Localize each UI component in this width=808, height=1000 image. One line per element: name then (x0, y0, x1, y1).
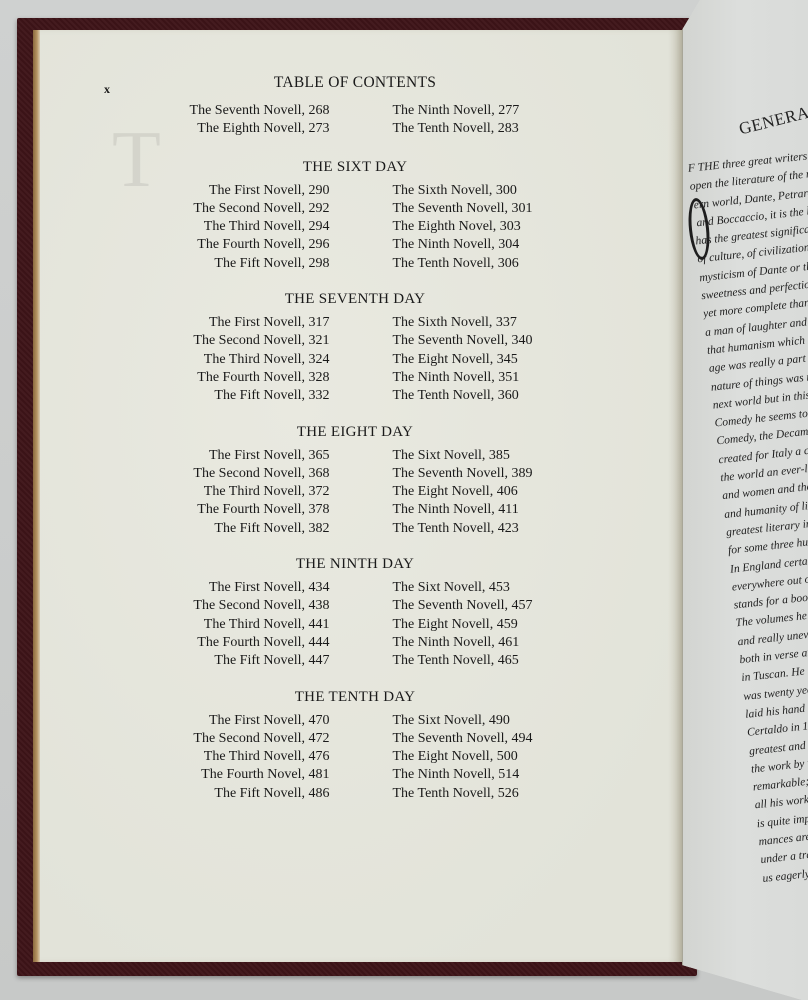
day-section-seventh: THE SEVENTH DAY The First Novell, 317 Th… (40, 291, 682, 405)
toc-entry[interactable]: The Second Novell, 472 (87, 730, 330, 748)
toc-entry[interactable]: The Ninth Novell, 351 (393, 369, 636, 387)
day-heading: THE TENTH DAY (28, 689, 682, 709)
toc-entry[interactable]: The Tenth Novell, 423 (393, 520, 636, 538)
toc-entry[interactable]: The Sixt Novell, 453 (393, 579, 636, 597)
left-page: T x TABLE OF CONTENTS The Seventh Novell… (40, 30, 682, 962)
toc-entry[interactable]: The Tenth Novell, 526 (393, 785, 636, 803)
toc-entry[interactable]: The Tenth Novell, 283 (393, 120, 636, 138)
toc-entry[interactable]: The Sixth Novell, 300 (393, 182, 636, 200)
toc-entry[interactable]: The Fift Novell, 382 (87, 520, 330, 538)
left-column: The First Novell, 365 The Second Novell,… (87, 447, 393, 538)
toc-entry[interactable]: The Third Novell, 372 (87, 483, 330, 501)
toc-entry[interactable]: The Seventh Novell, 389 (393, 465, 636, 483)
toc-entry[interactable]: The First Novell, 470 (87, 712, 330, 730)
left-column: The First Novell, 434 The Second Novell,… (87, 579, 393, 670)
toc-entry[interactable]: The Third Novell, 324 (87, 351, 330, 369)
toc-entry[interactable]: The Second Novell, 321 (87, 332, 330, 350)
right-column: The Sixth Novell, 337 The Seventh Novell… (393, 314, 636, 405)
toc-entry[interactable]: The Eight Novell, 459 (393, 616, 636, 634)
continued-entries: The Seventh Novell, 268 The Eighth Novel… (40, 102, 682, 139)
toc-entry[interactable]: The Ninth Novell, 411 (393, 501, 636, 519)
toc-entry[interactable]: The Eight Novell, 406 (393, 483, 636, 501)
toc-entry[interactable]: The Ninth Novell, 514 (393, 766, 636, 784)
toc-entry[interactable]: The Eight Novell, 345 (393, 351, 636, 369)
day-section-sixth: THE SIXT DAY The First Novell, 290 The S… (40, 159, 682, 273)
table-of-contents: TABLE OF CONTENTS The Seventh Novell, 26… (40, 74, 682, 803)
page-title: TABLE OF CONTENTS (28, 74, 682, 96)
toc-entry[interactable]: The Second Novell, 438 (87, 597, 330, 615)
left-column: The First Novell, 317 The Second Novell,… (87, 314, 393, 405)
day-heading: THE SEVENTH DAY (28, 291, 682, 311)
left-column: The First Novell, 470 The Second Novell,… (87, 712, 393, 803)
entries: The First Novell, 434 The Second Novell,… (40, 579, 682, 670)
toc-entry[interactable]: The First Novell, 290 (87, 182, 330, 200)
toc-entry[interactable]: The Tenth Novell, 465 (393, 652, 636, 670)
toc-entry[interactable]: The Eight Novell, 500 (393, 748, 636, 766)
toc-entry[interactable]: The First Novell, 434 (87, 579, 330, 597)
toc-entry[interactable]: The Second Novell, 368 (87, 465, 330, 483)
toc-entry[interactable]: The First Novell, 317 (87, 314, 330, 332)
toc-entry[interactable]: The Ninth Novell, 461 (393, 634, 636, 652)
toc-entry[interactable]: The Sixth Novell, 337 (393, 314, 636, 332)
chapter-heading: GENERAL II (737, 96, 808, 139)
toc-entry[interactable]: The Fift Novell, 447 (87, 652, 330, 670)
right-column: The Ninth Novell, 277 The Tenth Novell, … (393, 102, 636, 139)
toc-entry[interactable]: The Sixt Novell, 385 (393, 447, 636, 465)
toc-entry[interactable]: The Eighth Novell, 273 (87, 120, 330, 138)
toc-entry[interactable]: The Fourth Novell, 296 (87, 236, 330, 254)
toc-entry[interactable]: The Seventh Novell, 301 (393, 200, 636, 218)
right-column: The Sixth Novell, 300 The Seventh Novell… (393, 182, 636, 273)
toc-entry[interactable]: The Fourth Novell, 328 (87, 369, 330, 387)
toc-entry[interactable]: The Fift Novell, 298 (87, 255, 330, 273)
toc-entry[interactable]: The Fift Novell, 486 (87, 785, 330, 803)
toc-entry[interactable]: The Ninth Novell, 277 (393, 102, 636, 120)
toc-entry[interactable]: The Fourth Novell, 378 (87, 501, 330, 519)
day-section-tenth: THE TENTH DAY The First Novell, 470 The … (40, 689, 682, 803)
entries: The First Novell, 290 The Second Novell,… (40, 182, 682, 273)
toc-entry[interactable]: The Seventh Novell, 340 (393, 332, 636, 350)
left-column: The Seventh Novell, 268 The Eighth Novel… (87, 102, 393, 139)
toc-entry[interactable]: The Fift Novell, 332 (87, 387, 330, 405)
toc-entry[interactable]: The Seventh Novell, 494 (393, 730, 636, 748)
toc-entry[interactable]: The Eighth Novel, 303 (393, 218, 636, 236)
entries: The First Novell, 317 The Second Novell,… (40, 314, 682, 405)
toc-entry[interactable]: The Tenth Novell, 360 (393, 387, 636, 405)
toc-entry[interactable]: The Fourth Novel, 481 (87, 766, 330, 784)
toc-entry[interactable]: The Seventh Novell, 268 (87, 102, 330, 120)
body-text: F THE three great writers who open the l… (687, 146, 808, 887)
entries: The First Novell, 365 The Second Novell,… (40, 447, 682, 538)
right-page: GENERAL II F THE three great writers who… (682, 0, 808, 1000)
toc-entry[interactable]: The Third Novell, 441 (87, 616, 330, 634)
left-column: The First Novell, 290 The Second Novell,… (87, 182, 393, 273)
toc-entry[interactable]: The Tenth Novell, 306 (393, 255, 636, 273)
entries: The First Novell, 470 The Second Novell,… (40, 712, 682, 803)
toc-entry[interactable]: The Third Novell, 476 (87, 748, 330, 766)
toc-entry[interactable]: The Sixt Novell, 490 (393, 712, 636, 730)
toc-entry[interactable]: The First Novell, 365 (87, 447, 330, 465)
day-heading: THE SIXT DAY (28, 159, 682, 179)
day-heading: THE NINTH DAY (28, 556, 682, 576)
right-column: The Sixt Novell, 490 The Seventh Novell,… (393, 712, 636, 803)
day-heading: THE EIGHT DAY (28, 424, 682, 444)
toc-entry[interactable]: The Seventh Novell, 457 (393, 597, 636, 615)
toc-entry[interactable]: The Ninth Novell, 304 (393, 236, 636, 254)
right-column: The Sixt Novell, 385 The Seventh Novell,… (393, 447, 636, 538)
right-column: The Sixt Novell, 453 The Seventh Novell,… (393, 579, 636, 670)
toc-entry[interactable]: The Third Novell, 294 (87, 218, 330, 236)
toc-entry[interactable]: The Second Novell, 292 (87, 200, 330, 218)
day-section-ninth: THE NINTH DAY The First Novell, 434 The … (40, 556, 682, 670)
toc-entry[interactable]: The Fourth Novell, 444 (87, 634, 330, 652)
day-section-eighth: THE EIGHT DAY The First Novell, 365 The … (40, 424, 682, 538)
